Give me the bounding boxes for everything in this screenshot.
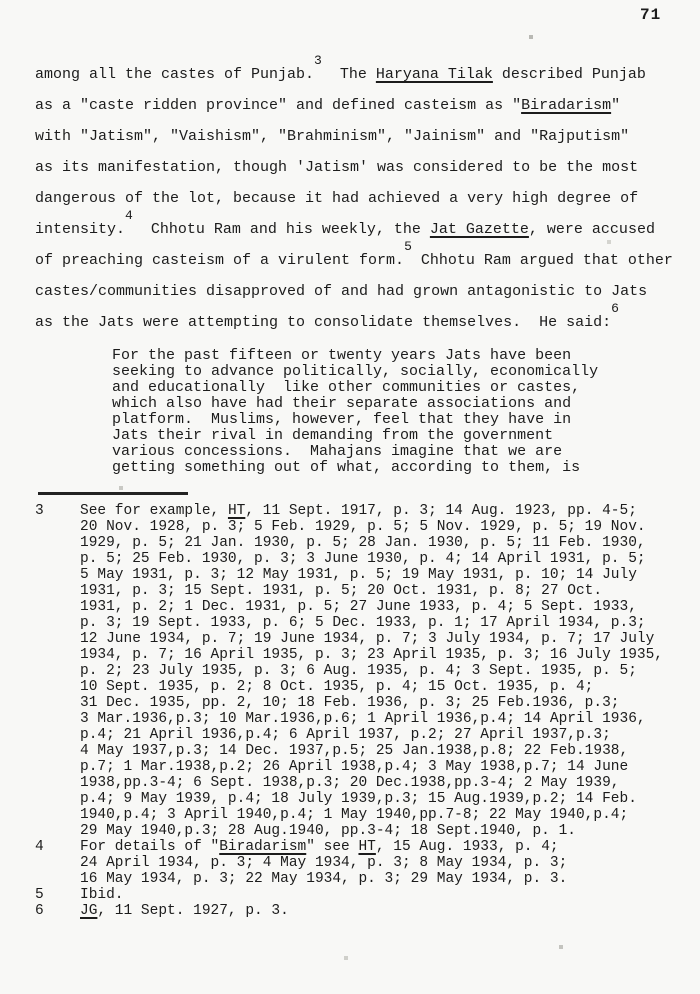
text-run: p. 5; 25 Feb. 1930, p. 3; 3 June 1930, p… <box>80 551 646 567</box>
text-line: getting something out of what, according… <box>112 460 632 476</box>
text-run: 20 Nov. 1928, p. 3; 5 Feb. 1929, p. 5; 5… <box>80 519 646 535</box>
text-run: p.4; 9 May 1939, p.4; 18 July 1939,p.3; … <box>80 791 637 807</box>
document-page: 71 among all the castes of Punjab.3 The … <box>0 0 700 994</box>
text-run: See for example, <box>80 503 228 519</box>
text-line: and educationally like other communities… <box>112 380 632 396</box>
footnote-number: 4 <box>35 839 80 855</box>
text-line: 1934, p. 7; 16 April 1935, p. 3; 23 Apri… <box>80 647 685 663</box>
footnote-separator <box>38 492 188 495</box>
text-line: p. 3; 19 Sept. 1933, p. 6; 5 Dec. 1933, … <box>80 615 685 631</box>
text-run: , 11 Sept. 1927, p. 3. <box>97 903 288 919</box>
text-run: of preaching casteism of a virulent form… <box>35 252 404 269</box>
text-run: The <box>322 66 376 83</box>
text-run: 1938,pp.3-4; 6 Sept. 1938,p.3; 20 Dec.19… <box>80 775 620 791</box>
text-run: 1940,p.4; 3 April 1940,p.4; 1 May 1940,p… <box>80 807 628 823</box>
text-line: 1929, p. 5; 21 Jan. 1930, p. 5; 28 Jan. … <box>80 535 685 551</box>
text-line: of preaching casteism of a virulent form… <box>35 245 685 276</box>
text-run: 1931, p. 3; 15 Sept. 1931, p. 5; 20 Oct.… <box>80 583 602 599</box>
text-run: 29 May 1940,p.3; 28 Aug.1940, pp.3-4; 18… <box>80 823 576 839</box>
text-line: as a "caste ridden province" and defined… <box>35 90 685 121</box>
text-line: Jats their rival in demanding from the g… <box>112 428 632 444</box>
page-number: 71 <box>640 6 661 24</box>
text-line: 1931, p. 2; 1 Dec. 1931, p. 5; 27 June 1… <box>80 599 685 615</box>
footnote-6: 6JG, 11 Sept. 1927, p. 3. <box>35 903 685 919</box>
text-run: which also have had their separate assoc… <box>112 395 571 412</box>
text-line: 1938,pp.3-4; 6 Sept. 1938,p.3; 20 Dec.19… <box>80 775 685 791</box>
text-line: which also have had their separate assoc… <box>112 396 632 412</box>
text-run: as its manifestation, though 'Jatism' wa… <box>35 159 638 176</box>
text-line: 12 June 1934, p. 7; 19 June 1934, p. 7; … <box>80 631 685 647</box>
text-run: For details of " <box>80 839 219 855</box>
superscript-ref: 5 <box>404 239 412 254</box>
text-line: JG, 11 Sept. 1927, p. 3. <box>80 903 685 919</box>
text-line: seeking to advance politically, socially… <box>112 364 632 380</box>
text-run: platform. Muslims, however, feel that th… <box>112 411 571 428</box>
text-run: 4 May 1937,p.3; 14 Dec. 1937,p.5; 25 Jan… <box>80 743 628 759</box>
text-run: getting something out of what, according… <box>112 459 580 476</box>
text-line: 3 Mar.1936,p.3; 10 Mar.1936,p.6; 1 April… <box>80 711 685 727</box>
text-line: platform. Muslims, however, feel that th… <box>112 412 632 428</box>
text-run: Chhotu Ram argued that other <box>412 252 673 269</box>
text-run: 1931, p. 2; 1 Dec. 1931, p. 5; 27 June 1… <box>80 599 637 615</box>
text-run: as the Jats were attempting to consolida… <box>35 314 611 331</box>
text-run: as a "caste ridden province" and defined… <box>35 97 521 114</box>
superscript-ref: 4 <box>125 208 133 223</box>
text-run: p.7; 1 Mar.1938,p.2; 26 April 1938,p.4; … <box>80 759 628 775</box>
text-run: 10 Sept. 1935, p. 2; 8 Oct. 1935, p. 4; … <box>80 679 593 695</box>
text-line: For the past fifteen or twenty years Jat… <box>112 348 632 364</box>
footnote-number: 3 <box>35 503 80 519</box>
text-line: p. 5; 25 Feb. 1930, p. 3; 3 June 1930, p… <box>80 551 685 567</box>
footnote-number: 5 <box>35 887 80 903</box>
text-run: " see <box>306 839 358 855</box>
text-line: 1940,p.4; 3 April 1940,p.4; 1 May 1940,p… <box>80 807 685 823</box>
footnote-text: Ibid. <box>80 887 685 903</box>
text-run: p.4; 21 April 1936,p.4; 6 April 1937, p.… <box>80 727 611 743</box>
text-run: various concessions. Mahajans imagine th… <box>112 443 562 460</box>
superscript-ref: 6 <box>611 301 619 316</box>
scan-specks <box>0 0 2 2</box>
footnote-text: JG, 11 Sept. 1927, p. 3. <box>80 903 685 919</box>
body-paragraph: among all the castes of Punjab.3 The Har… <box>35 59 685 338</box>
underlined-text: Biradarism <box>219 839 306 855</box>
underlined-text: HT <box>358 839 375 855</box>
text-run: Ibid. <box>80 887 124 903</box>
text-line: p.4; 21 April 1936,p.4; 6 April 1937, p.… <box>80 727 685 743</box>
text-line: among all the castes of Punjab.3 The Har… <box>35 59 685 90</box>
footnotes-section: 3See for example, HT, 11 Sept. 1917, p. … <box>35 503 685 919</box>
text-run: 3 Mar.1936,p.3; 10 Mar.1936,p.6; 1 April… <box>80 711 646 727</box>
text-line: 5 May 1931, p. 3; 12 May 1931, p. 5; 19 … <box>80 567 685 583</box>
text-line: 4 May 1937,p.3; 14 Dec. 1937,p.5; 25 Jan… <box>80 743 685 759</box>
text-line: See for example, HT, 11 Sept. 1917, p. 3… <box>80 503 685 519</box>
text-run: For the past fifteen or twenty years Jat… <box>112 347 571 364</box>
text-line: 1931, p. 3; 15 Sept. 1931, p. 5; 20 Oct.… <box>80 583 685 599</box>
footnote-3: 3See for example, HT, 11 Sept. 1917, p. … <box>35 503 685 839</box>
text-line: with "Jatism", "Vaishism", "Brahminism",… <box>35 121 685 152</box>
text-line: p.7; 1 Mar.1938,p.2; 26 April 1938,p.4; … <box>80 759 685 775</box>
text-run: 1929, p. 5; 21 Jan. 1930, p. 5; 28 Jan. … <box>80 535 646 551</box>
text-run: , 15 Aug. 1933, p. 4; <box>376 839 559 855</box>
text-line: 10 Sept. 1935, p. 2; 8 Oct. 1935, p. 4; … <box>80 679 685 695</box>
text-run: and educationally like other communities… <box>112 379 580 396</box>
footnote-4: 4For details of "Biradarism" see HT, 15 … <box>35 839 685 887</box>
text-line: 24 April 1934, p. 3; 4 May 1934, p. 3; 8… <box>80 855 685 871</box>
text-run: 5 May 1931, p. 3; 12 May 1931, p. 5; 19 … <box>80 567 637 583</box>
text-run: dangerous of the lot, because it had ach… <box>35 190 638 207</box>
text-line: p. 2; 23 July 1935, p. 3; 6 Aug. 1935, p… <box>80 663 685 679</box>
text-run: Chhotu Ram and his weekly, the <box>133 221 430 238</box>
text-run: 12 June 1934, p. 7; 19 June 1934, p. 7; … <box>80 631 654 647</box>
superscript-ref: 3 <box>314 53 322 68</box>
text-run: 1934, p. 7; 16 April 1935, p. 3; 23 Apri… <box>80 647 663 663</box>
footnote-5: 5Ibid. <box>35 887 685 903</box>
footnote-number: 6 <box>35 903 80 919</box>
text-line: castes/communities disapproved of and ha… <box>35 276 685 307</box>
underlined-text: Jat Gazette <box>430 221 529 238</box>
underlined-text: JG <box>80 903 97 919</box>
text-line: 29 May 1940,p.3; 28 Aug.1940, pp.3-4; 18… <box>80 823 685 839</box>
underlined-text: Biradarism <box>521 97 611 114</box>
text-run: 24 April 1934, p. 3; 4 May 1934, p. 3; 8… <box>80 855 567 871</box>
text-run: seeking to advance politically, socially… <box>112 363 598 380</box>
text-run: described Punjab <box>493 66 646 83</box>
text-line: 20 Nov. 1928, p. 3; 5 Feb. 1929, p. 5; 5… <box>80 519 685 535</box>
text-run: p. 2; 23 July 1935, p. 3; 6 Aug. 1935, p… <box>80 663 637 679</box>
text-run: Jats their rival in demanding from the g… <box>112 427 553 444</box>
text-run: intensity. <box>35 221 125 238</box>
text-line: as its manifestation, though 'Jatism' wa… <box>35 152 685 183</box>
text-line: as the Jats were attempting to consolida… <box>35 307 685 338</box>
footnote-text: For details of "Biradarism" see HT, 15 A… <box>80 839 685 887</box>
underlined-text: Haryana Tilak <box>376 66 493 83</box>
text-line: For details of "Biradarism" see HT, 15 A… <box>80 839 685 855</box>
footnote-text: See for example, HT, 11 Sept. 1917, p. 3… <box>80 503 685 839</box>
text-line: intensity.4 Chhotu Ram and his weekly, t… <box>35 214 685 245</box>
text-run: castes/communities disapproved of and ha… <box>35 283 647 300</box>
text-line: p.4; 9 May 1939, p.4; 18 July 1939,p.3; … <box>80 791 685 807</box>
text-run: , 11 Sept. 1917, p. 3; 14 Aug. 1923, pp.… <box>245 503 637 519</box>
text-line: various concessions. Mahajans imagine th… <box>112 444 632 460</box>
text-run: among all the castes of Punjab. <box>35 66 314 83</box>
text-line: 31 Dec. 1935, pp. 2, 10; 18 Feb. 1936, p… <box>80 695 685 711</box>
text-line: Ibid. <box>80 887 685 903</box>
underlined-text: HT <box>228 503 245 519</box>
text-run: , were accused <box>529 221 655 238</box>
text-line: 16 May 1934, p. 3; 22 May 1934, p. 3; 29… <box>80 871 685 887</box>
text-run: 16 May 1934, p. 3; 22 May 1934, p. 3; 29… <box>80 871 567 887</box>
text-run: with "Jatism", "Vaishism", "Brahminism",… <box>35 128 629 145</box>
text-run: 31 Dec. 1935, pp. 2, 10; 18 Feb. 1936, p… <box>80 695 620 711</box>
text-run: p. 3; 19 Sept. 1933, p. 6; 5 Dec. 1933, … <box>80 615 646 631</box>
text-run: " <box>611 97 620 114</box>
block-quote: For the past fifteen or twenty years Jat… <box>112 348 632 476</box>
